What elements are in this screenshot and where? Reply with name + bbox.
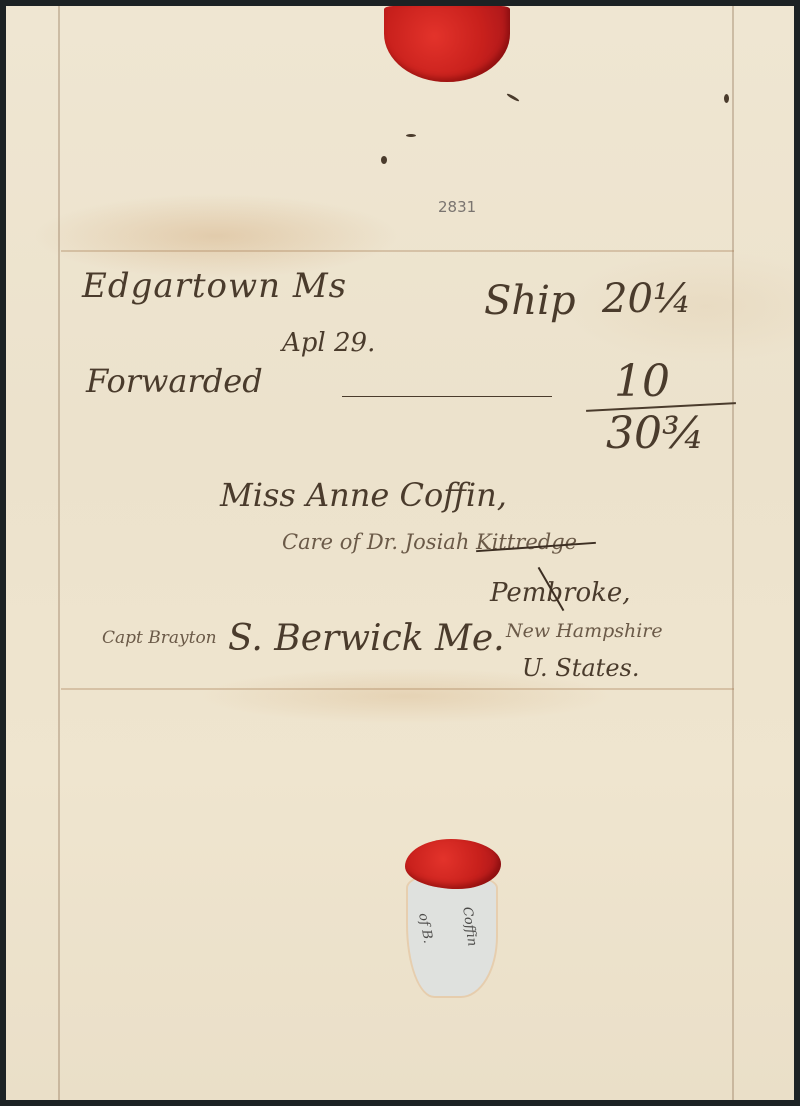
forwarding-destination: S. Berwick Me. [228,618,505,659]
rate-total: 30¾ [606,408,705,459]
ink-speck [406,134,416,137]
pencil-catalog-note: 2831 [438,198,476,216]
ink-speck [506,93,520,103]
vertical-fold-left [58,6,60,1100]
address-country: U. States. [522,654,639,682]
ink-speck [381,156,387,164]
wax-seal-top [384,6,510,82]
forwarding-captain-note: Capt Brayton [102,628,217,648]
letter-cover: of B. Coffin 2831 Edgartown Ms Apl 29. F… [6,6,794,1100]
address-state: New Hampshire [506,620,663,642]
wax-seal-bottom [405,839,501,889]
ink-speck [724,94,729,103]
vertical-fold-right [732,6,734,1100]
recipient-name: Miss Anne Coffin, [220,476,507,514]
postmark-date: Apl 29. [282,328,375,358]
patch-text-1: of B. [415,912,435,945]
postmark-town: Edgartown Ms [82,266,347,306]
horizontal-fold-top [61,250,734,252]
forwarded-underline [342,396,552,397]
horizontal-fold-bottom [61,688,734,690]
rate-line-1: 20¼ [602,276,692,322]
patch-text-2: Coffin [459,906,479,947]
rate-line-2: 10 [614,356,670,407]
care-of-line: Care of Dr. Josiah Kittredge [282,530,577,554]
seal-paper-patch: of B. Coffin [408,876,496,996]
ship-marking: Ship [484,278,576,324]
forwarded-marking: Forwarded [86,362,263,400]
